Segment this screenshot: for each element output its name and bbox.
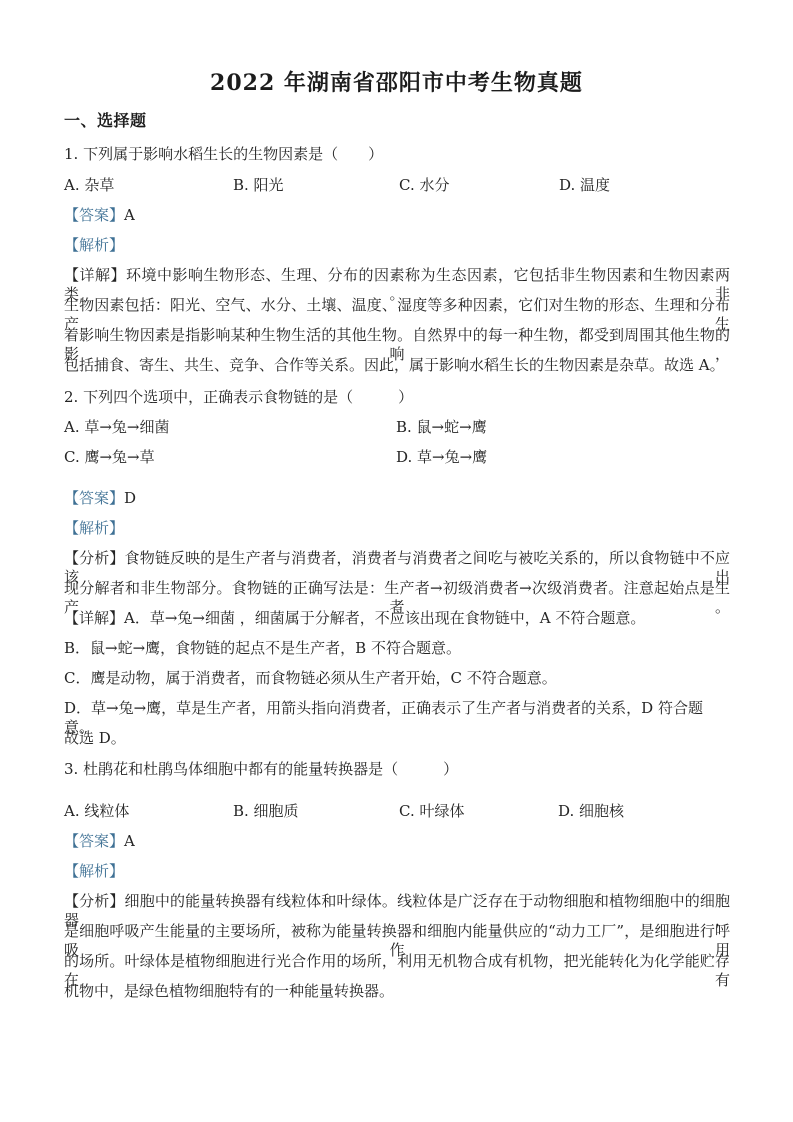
- text-segment: A. 线粒体: [64, 802, 129, 821]
- exam-document-page: 2022 年湖南省邵阳市中考生物真题 一、选择题 1. 下列属于影响水稻生长的生…: [0, 0, 793, 1122]
- answer-marker-label: 【答案】: [64, 832, 124, 850]
- text-segment: A: [124, 832, 135, 850]
- question-3-analysis-label: 【解析】: [64, 862, 730, 881]
- text-segment: C. 鹰→兔→草: [64, 448, 155, 467]
- text-segment: B. 鼠→蛇→鹰: [396, 418, 487, 437]
- text-segment: A. 草→兔→细菌: [64, 418, 170, 437]
- question-3-answer: 【答案】A: [64, 832, 730, 851]
- question-2-stem: 2. 下列四个选项中，正确表示食物链的是（ ）: [64, 388, 730, 407]
- question-1-answer: 【答案】A: [64, 206, 730, 225]
- answer-marker-label: 【解析】: [64, 519, 124, 537]
- text-segment: D: [124, 489, 136, 507]
- question-2-conclusion: 故选 D。: [64, 729, 730, 748]
- question-1-stem: 1. 下列属于影响水稻生长的生物因素是（ ）: [64, 145, 730, 164]
- text-segment: D. 草→兔→鹰: [396, 448, 487, 467]
- text-segment: A: [124, 206, 135, 224]
- question-2-explanation-option-b: B．鼠→蛇→鹰，食物链的起点不是生产者，B 不符合题意。: [64, 639, 730, 658]
- text-segment: 机物中，是绿色植物细胞特有的一种能量转换器。: [64, 982, 394, 1000]
- text-segment: B. 细胞质: [233, 802, 299, 821]
- text-segment: D. 细胞核: [558, 802, 624, 821]
- exam-title: 2022 年湖南省邵阳市中考生物真题: [0, 66, 793, 97]
- text-segment: B. 阳光: [233, 176, 284, 195]
- question-2-answer: 【答案】D: [64, 489, 730, 508]
- text-segment: C. 水分: [399, 176, 449, 195]
- answer-marker-label: 【解析】: [64, 862, 124, 880]
- text-segment: 【详解】A．草→兔→细菌 ，细菌属于分解者，不应该出现在食物链中，A 不符合题意…: [64, 609, 645, 627]
- text-segment: D. 温度: [559, 176, 610, 195]
- question-1-analysis-label: 【解析】: [64, 236, 730, 255]
- question-3-stem: 3. 杜鹃花和杜鹃鸟体细胞中都有的能量转换器是（ ）: [64, 760, 730, 779]
- text-segment: 1. 下列属于影响水稻生长的生物因素是（ ）: [64, 145, 383, 163]
- text-segment: C．鹰是动物，属于消费者，而食物链必须从生产者开始，C 不符合题意。: [64, 669, 557, 687]
- text-segment: 2. 下列四个选项中，正确表示食物链的是（ ）: [64, 388, 413, 406]
- text-segment: C. 叶绿体: [399, 802, 464, 821]
- text-segment: 3. 杜鹃花和杜鹃鸟体细胞中都有的能量转换器是（ ）: [64, 760, 458, 778]
- answer-marker-label: 【答案】: [64, 206, 124, 224]
- text-segment: 包括捕食、寄生、共生、竞争、合作等关系。因此，属于影响水稻生长的生物因素是杂草。…: [64, 356, 725, 374]
- text-segment: 故选 D。: [64, 729, 126, 747]
- answer-marker-label: 【解析】: [64, 236, 124, 254]
- text-segment: A. 杂草: [64, 176, 114, 195]
- question-1-explanation-line-4: 包括捕食、寄生、共生、竞争、合作等关系。因此，属于影响水稻生长的生物因素是杂草。…: [64, 356, 730, 375]
- question-2-explanation-option-c: C．鹰是动物，属于消费者，而食物链必须从生产者开始，C 不符合题意。: [64, 669, 730, 688]
- question-2-analysis-label: 【解析】: [64, 519, 730, 538]
- text-segment: B．鼠→蛇→鹰，食物链的起点不是生产者，B 不符合题意。: [64, 639, 461, 657]
- question-3-analysis-line-4: 机物中，是绿色植物细胞特有的一种能量转换器。: [64, 982, 730, 1001]
- section-heading: 一、选择题: [64, 108, 147, 131]
- answer-marker-label: 【答案】: [64, 489, 124, 507]
- question-2-explanation-option-a: 【详解】A．草→兔→细菌 ，细菌属于分解者，不应该出现在食物链中，A 不符合题意…: [64, 609, 730, 628]
